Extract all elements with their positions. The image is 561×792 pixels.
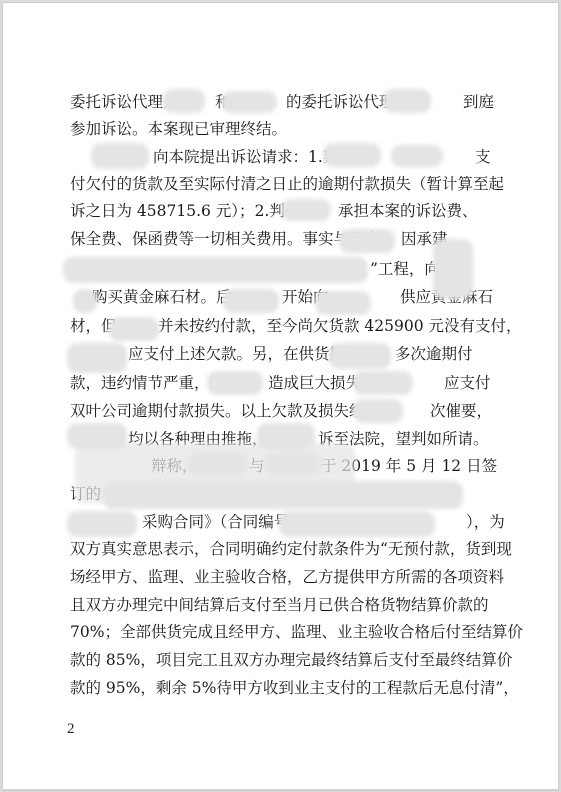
- redaction-blur: [103, 481, 463, 509]
- text-line: 诉之日为 458715.6 元）；2.判令由承担本案的诉讼费、: [70, 200, 490, 222]
- redaction-blur: [281, 199, 331, 221]
- redaction-blur: [323, 143, 381, 167]
- text-segment: 付欠付的货款及至实际付清之日止的逾期付款损失（暂计算至起: [70, 173, 504, 195]
- redaction-blur: [265, 453, 321, 475]
- text-line: 购买黄金麻石材。后开始向供应黄金麻石: [70, 286, 490, 308]
- text-segment: 场经甲方、监理、业主验收合格，乙方提供甲方所需的各项资料: [70, 566, 504, 588]
- redaction-blur: [391, 145, 443, 167]
- redaction-blur: [109, 317, 159, 341]
- text-segment: 造成巨大损失: [268, 372, 361, 394]
- text-line: 款，违约情节严重，给造成巨大损失应支付: [70, 372, 490, 394]
- redaction-blur: [353, 399, 403, 423]
- document-page: 委托诉讼代理人和的委托诉讼代理人到庭参加诉讼。本案现已审理终结。向本院提出诉讼请…: [2, 2, 559, 790]
- text-segment: 参加诉讼。本案现已审理终结。: [70, 118, 287, 140]
- text-line: 款的 85%，项目完工且双方办理完最终结算后支付至最终结算价: [70, 649, 490, 671]
- redaction-blur: [223, 289, 279, 313]
- text-segment: 诉之日为 458715.6 元）；2.判令由: [70, 200, 316, 222]
- text-segment: 应支付: [444, 372, 491, 394]
- text-segment: 款的 85%，项目完工且双方办理完最终结算后支付至最终结算价: [70, 649, 512, 671]
- redaction-blur: [63, 257, 368, 283]
- redaction-blur: [383, 89, 431, 113]
- text-line: 保全费、保函费等一切相关费用。事实与理由：因承建: [70, 228, 490, 250]
- text-segment: 到庭: [463, 91, 494, 113]
- text-line: 付欠付的货款及至实际付清之日止的逾期付款损失（暂计算至起: [70, 173, 490, 195]
- redaction-blur: [279, 511, 435, 537]
- text-line: 双方真实意思表示，合同明确约定付款条件为“无预付款，货到现: [70, 538, 490, 560]
- redaction-blur: [67, 511, 137, 537]
- text-segment: 支: [475, 146, 491, 168]
- text-line: 参加诉讼。本案现已审理终结。: [70, 118, 490, 140]
- redaction-blur: [187, 453, 247, 475]
- text-segment: 并未按约付款，至今尚欠货款 425900 元没有支付，: [158, 315, 522, 337]
- text-segment: 次催要，: [430, 400, 492, 422]
- text-segment: ”工程，向: [370, 258, 440, 280]
- redaction-blur: [339, 229, 395, 253]
- text-segment: 70%；全部供货完成且经甲方、监理、业主验收合格后付至结算价: [70, 621, 523, 643]
- text-segment: 款，违约情节严重，给: [70, 372, 225, 394]
- redaction-blur: [67, 343, 127, 373]
- redaction-blur: [73, 289, 97, 313]
- redaction-blur: [315, 291, 371, 315]
- redaction-blur: [207, 371, 263, 395]
- text-segment: 应支付上述欠款。另，在供货期间: [128, 343, 361, 365]
- text-segment: 多次逾期付: [395, 343, 473, 365]
- text-segment: ），为: [466, 511, 505, 533]
- redaction-blur: [353, 371, 413, 395]
- redaction-blur: [433, 239, 473, 299]
- text-line: 场经甲方、监理、业主验收合格，乙方提供甲方所需的各项资料: [70, 566, 490, 588]
- redaction-blur: [329, 343, 391, 369]
- text-segment: 双叶公司逾期付款损失。以上欠款及损失经: [70, 400, 365, 422]
- text-segment: 采购合同》（合同编号: [142, 511, 289, 533]
- text-segment: 且双方办理完中间结算后支付至当月已供合格货物结算价款的: [70, 594, 489, 616]
- page-number: 2: [67, 721, 75, 738]
- text-segment: 承担本案的诉讼费、: [338, 200, 478, 222]
- text-segment: 款的 95%，剩余 5%待甲方收到业主支付的工程款后无息付清”，: [70, 677, 519, 699]
- text-segment: 双方真实意思表示，合同明确约定付款条件为“无预付款，货到现: [70, 538, 512, 560]
- text-line: 70%；全部供货完成且经甲方、监理、业主验收合格后付至结算价: [70, 621, 490, 643]
- text-line: 款的 95%，剩余 5%待甲方收到业主支付的工程款后无息付清”，: [70, 677, 490, 699]
- text-segment: 购买黄金麻石材。后: [92, 286, 232, 308]
- text-line: 且双方办理完中间结算后支付至当月已供合格货物结算价款的: [70, 594, 490, 616]
- redaction-blur: [91, 143, 149, 169]
- text-line: 应支付上述欠款。另，在供货期间多次逾期付: [70, 343, 490, 365]
- redaction-blur: [221, 91, 277, 113]
- redaction-blur: [163, 89, 205, 113]
- text-line: 双叶公司逾期付款损失。以上欠款及损失经次催要，: [70, 400, 490, 422]
